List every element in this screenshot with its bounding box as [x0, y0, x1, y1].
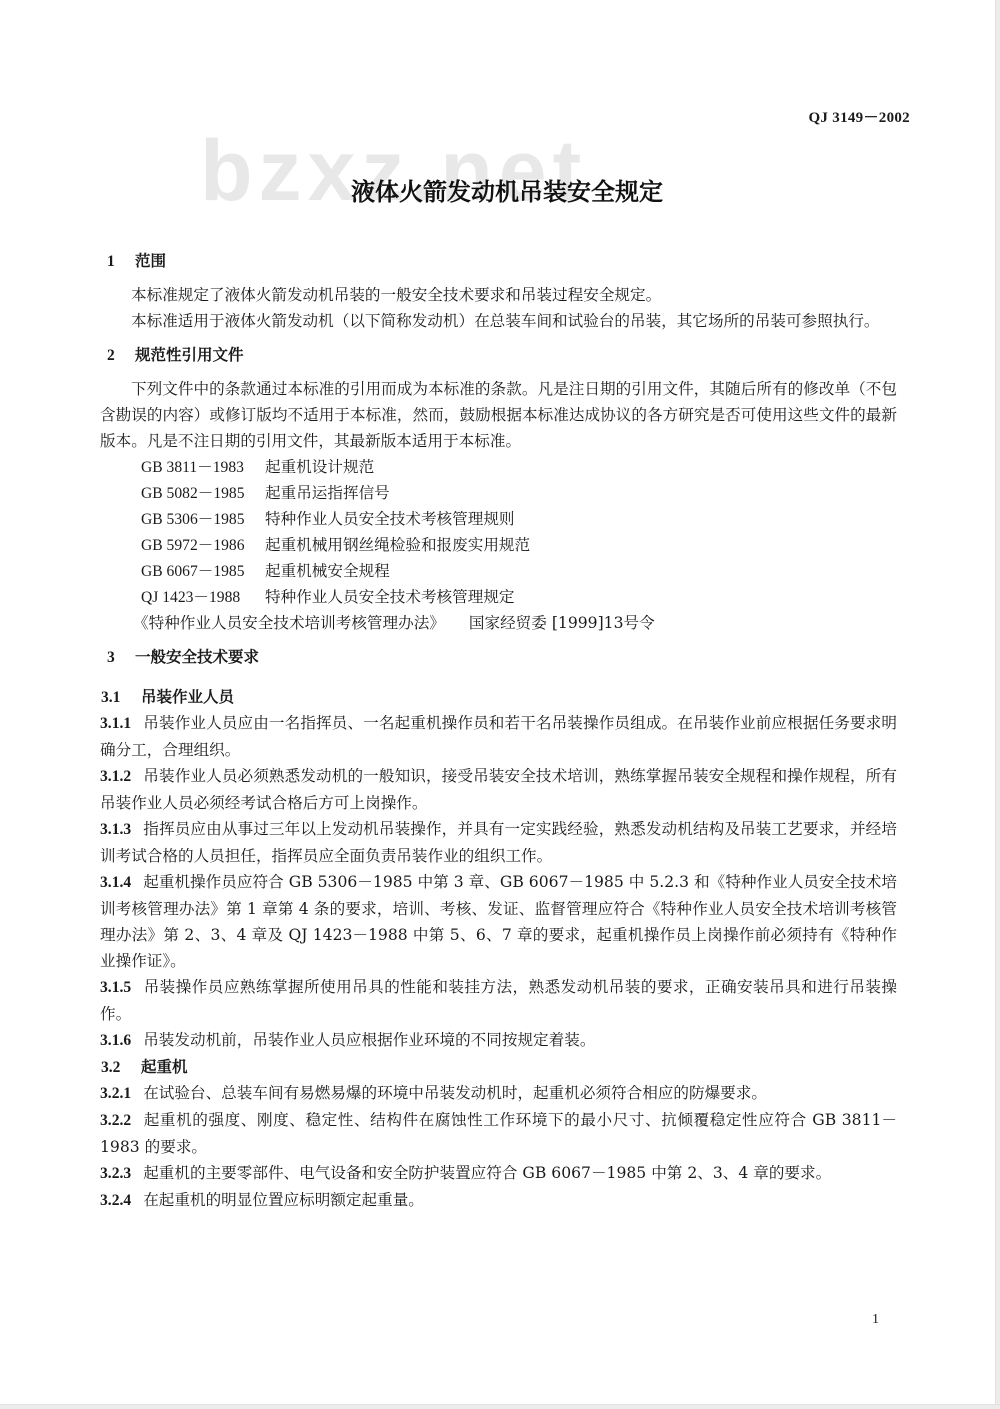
reference-list: GB 3811－1983起重机设计规范 GB 5082－1985起重吊运指挥信号…: [141, 454, 897, 610]
subsection-number: 3.2: [101, 1055, 141, 1081]
subsection-title: 吊装作业人员: [141, 688, 234, 706]
reference-title: 起重机械用钢丝绳检验和报废实用规范: [265, 536, 530, 554]
clause-text: 起重机的主要零部件、电气设备和安全防护装置应符合 GB 6067－1985 中第…: [143, 1164, 831, 1182]
clause: 3.1.6吊装发动机前，吊装作业人员应根据作业环境的不同按规定着装。: [100, 1027, 897, 1054]
reference-item: GB 5306－1985特种作业人员安全技术考核管理规则: [141, 506, 897, 532]
clause: 3.2.4在起重机的明显位置应标明额定起重量。: [100, 1187, 897, 1214]
reference-title: 起重吊运指挥信号: [265, 484, 390, 502]
regulation-issuer: 国家经贸委 [1999]13号令: [469, 614, 655, 632]
clause-text: 吊装操作员应熟练掌握所使用吊具的性能和装挂方法，熟悉发动机吊装的要求，正确安装吊…: [100, 978, 897, 1023]
clause: 3.1.5吊装操作员应熟练掌握所使用吊具的性能和装挂方法，熟悉发动机吊装的要求，…: [100, 974, 897, 1027]
document-body: 1范围 本标准规定了液体火箭发动机吊装的一般安全技术要求和吊装过程安全规定。 本…: [107, 248, 897, 1214]
reference-code: GB 6067－1985: [141, 559, 265, 585]
clause-number: 3.2.4: [100, 1192, 131, 1209]
clause-text: 在起重机的明显位置应标明额定起重量。: [143, 1191, 424, 1209]
clause-number: 3.1.6: [100, 1032, 131, 1049]
subsection-heading-personnel: 3.1吊装作业人员: [101, 684, 897, 710]
clause-number: 3.2.2: [100, 1112, 131, 1129]
paragraph: 本标准适用于液体火箭发动机（以下简称发动机）在总装车间和试验台的吊装，其它场所的…: [100, 308, 897, 334]
reference-item: GB 5082－1985起重吊运指挥信号: [141, 480, 897, 506]
document-title: 液体火箭发动机吊装安全规定: [0, 172, 1000, 207]
clause-number: 3.2.1: [100, 1085, 131, 1102]
clause: 3.2.2起重机的强度、刚度、稳定性、结构件在腐蚀性工作环境下的最小尺寸、抗倾覆…: [100, 1107, 897, 1160]
page-edge-bottom: [0, 1404, 1000, 1409]
section-title: 范围: [135, 252, 166, 270]
clause-number: 3.1.5: [100, 979, 131, 996]
clause: 3.2.3起重机的主要零部件、电气设备和安全防护装置应符合 GB 6067－19…: [100, 1160, 897, 1187]
section-number: 3: [107, 645, 135, 671]
page-number: 1: [872, 1312, 879, 1328]
clause-text: 吊装作业人员必须熟悉发动机的一般知识，接受吊装安全技术培训，熟练掌握吊装安全规程…: [100, 767, 897, 812]
reference-item: GB 5972－1986起重机械用钢丝绳检验和报废实用规范: [141, 532, 897, 558]
page-edge-right: [995, 0, 1000, 1409]
clause-number: 3.1.2: [100, 768, 131, 785]
reference-code: GB 3811－1983: [141, 455, 265, 481]
section-number: 1: [107, 249, 135, 275]
section-heading-normative-references: 2规范性引用文件: [107, 342, 897, 368]
reference-code: GB 5972－1986: [141, 533, 265, 559]
reference-code: GB 5306－1985: [141, 507, 265, 533]
clause: 3.1.1吊装作业人员应由一名指挥员、一名起重机操作员和若干名吊装操作员组成。在…: [100, 710, 897, 763]
reference-item-regulation: 《特种作业人员安全技术培训考核管理办法》国家经贸委 [1999]13号令: [133, 610, 897, 636]
reference-title: 起重机械安全规程: [265, 562, 390, 580]
clause-text: 指挥员应由从事过三年以上发动机吊装操作，并具有一定实践经验，熟悉发动机结构及吊装…: [100, 820, 897, 865]
reference-title: 特种作业人员安全技术考核管理规则: [265, 510, 515, 528]
standard-code: QJ 3149－2002: [808, 106, 910, 127]
reference-item: GB 3811－1983起重机设计规范: [141, 454, 897, 480]
clause: 3.2.1在试验台、总装车间有易燃易爆的环境中吊装发动机时，起重机必须符合相应的…: [100, 1080, 897, 1107]
section-heading-general-safety: 3一般安全技术要求: [107, 644, 897, 670]
reference-title: 起重机设计规范: [265, 458, 374, 476]
paragraph: 本标准规定了液体火箭发动机吊装的一般安全技术要求和吊装过程安全规定。: [100, 282, 897, 308]
clause-number: 3.1.3: [100, 821, 131, 838]
section-number: 2: [107, 343, 135, 369]
clause-text: 起重机的强度、刚度、稳定性、结构件在腐蚀性工作环境下的最小尺寸、抗倾覆稳定性应符…: [100, 1111, 897, 1156]
reference-code: GB 5082－1985: [141, 481, 265, 507]
clause-number: 3.2.3: [100, 1165, 131, 1182]
clause-number: 3.1.4: [100, 874, 131, 891]
clause: 3.1.2吊装作业人员必须熟悉发动机的一般知识，接受吊装安全技术培训，熟练掌握吊…: [100, 763, 897, 816]
section-heading-scope: 1范围: [107, 248, 897, 274]
clause-text: 吊装作业人员应由一名指挥员、一名起重机操作员和若干名吊装操作员组成。在吊装作业前…: [100, 714, 897, 759]
clause-text: 在试验台、总装车间有易燃易爆的环境中吊装发动机时，起重机必须符合相应的防爆要求。: [143, 1084, 767, 1102]
regulation-title: 《特种作业人员安全技术培训考核管理办法》: [133, 614, 445, 632]
subsection-number: 3.1: [101, 685, 141, 711]
clause-text: 吊装发动机前，吊装作业人员应根据作业环境的不同按规定着装。: [143, 1031, 595, 1049]
paragraph: 下列文件中的条款通过本标准的引用而成为本标准的条款。凡是注日期的引用文件，其随后…: [100, 376, 897, 454]
clause-number: 3.1.1: [100, 715, 131, 732]
reference-title: 特种作业人员安全技术考核管理规定: [265, 588, 515, 606]
subsection-heading-crane: 3.2起重机: [101, 1054, 897, 1080]
reference-item: QJ 1423－1988特种作业人员安全技术考核管理规定: [141, 584, 897, 610]
reference-code: QJ 1423－1988: [141, 585, 265, 611]
clause: 3.1.3指挥员应由从事过三年以上发动机吊装操作，并具有一定实践经验，熟悉发动机…: [100, 816, 897, 869]
subsection-title: 起重机: [141, 1058, 188, 1076]
section-title: 一般安全技术要求: [135, 648, 259, 666]
reference-item: GB 6067－1985起重机械安全规程: [141, 558, 897, 584]
clause: 3.1.4起重机操作员应符合 GB 5306－1985 中第 3 章、GB 60…: [100, 869, 897, 974]
clause-text: 起重机操作员应符合 GB 5306－1985 中第 3 章、GB 6067－19…: [100, 873, 897, 970]
section-title: 规范性引用文件: [135, 346, 244, 364]
